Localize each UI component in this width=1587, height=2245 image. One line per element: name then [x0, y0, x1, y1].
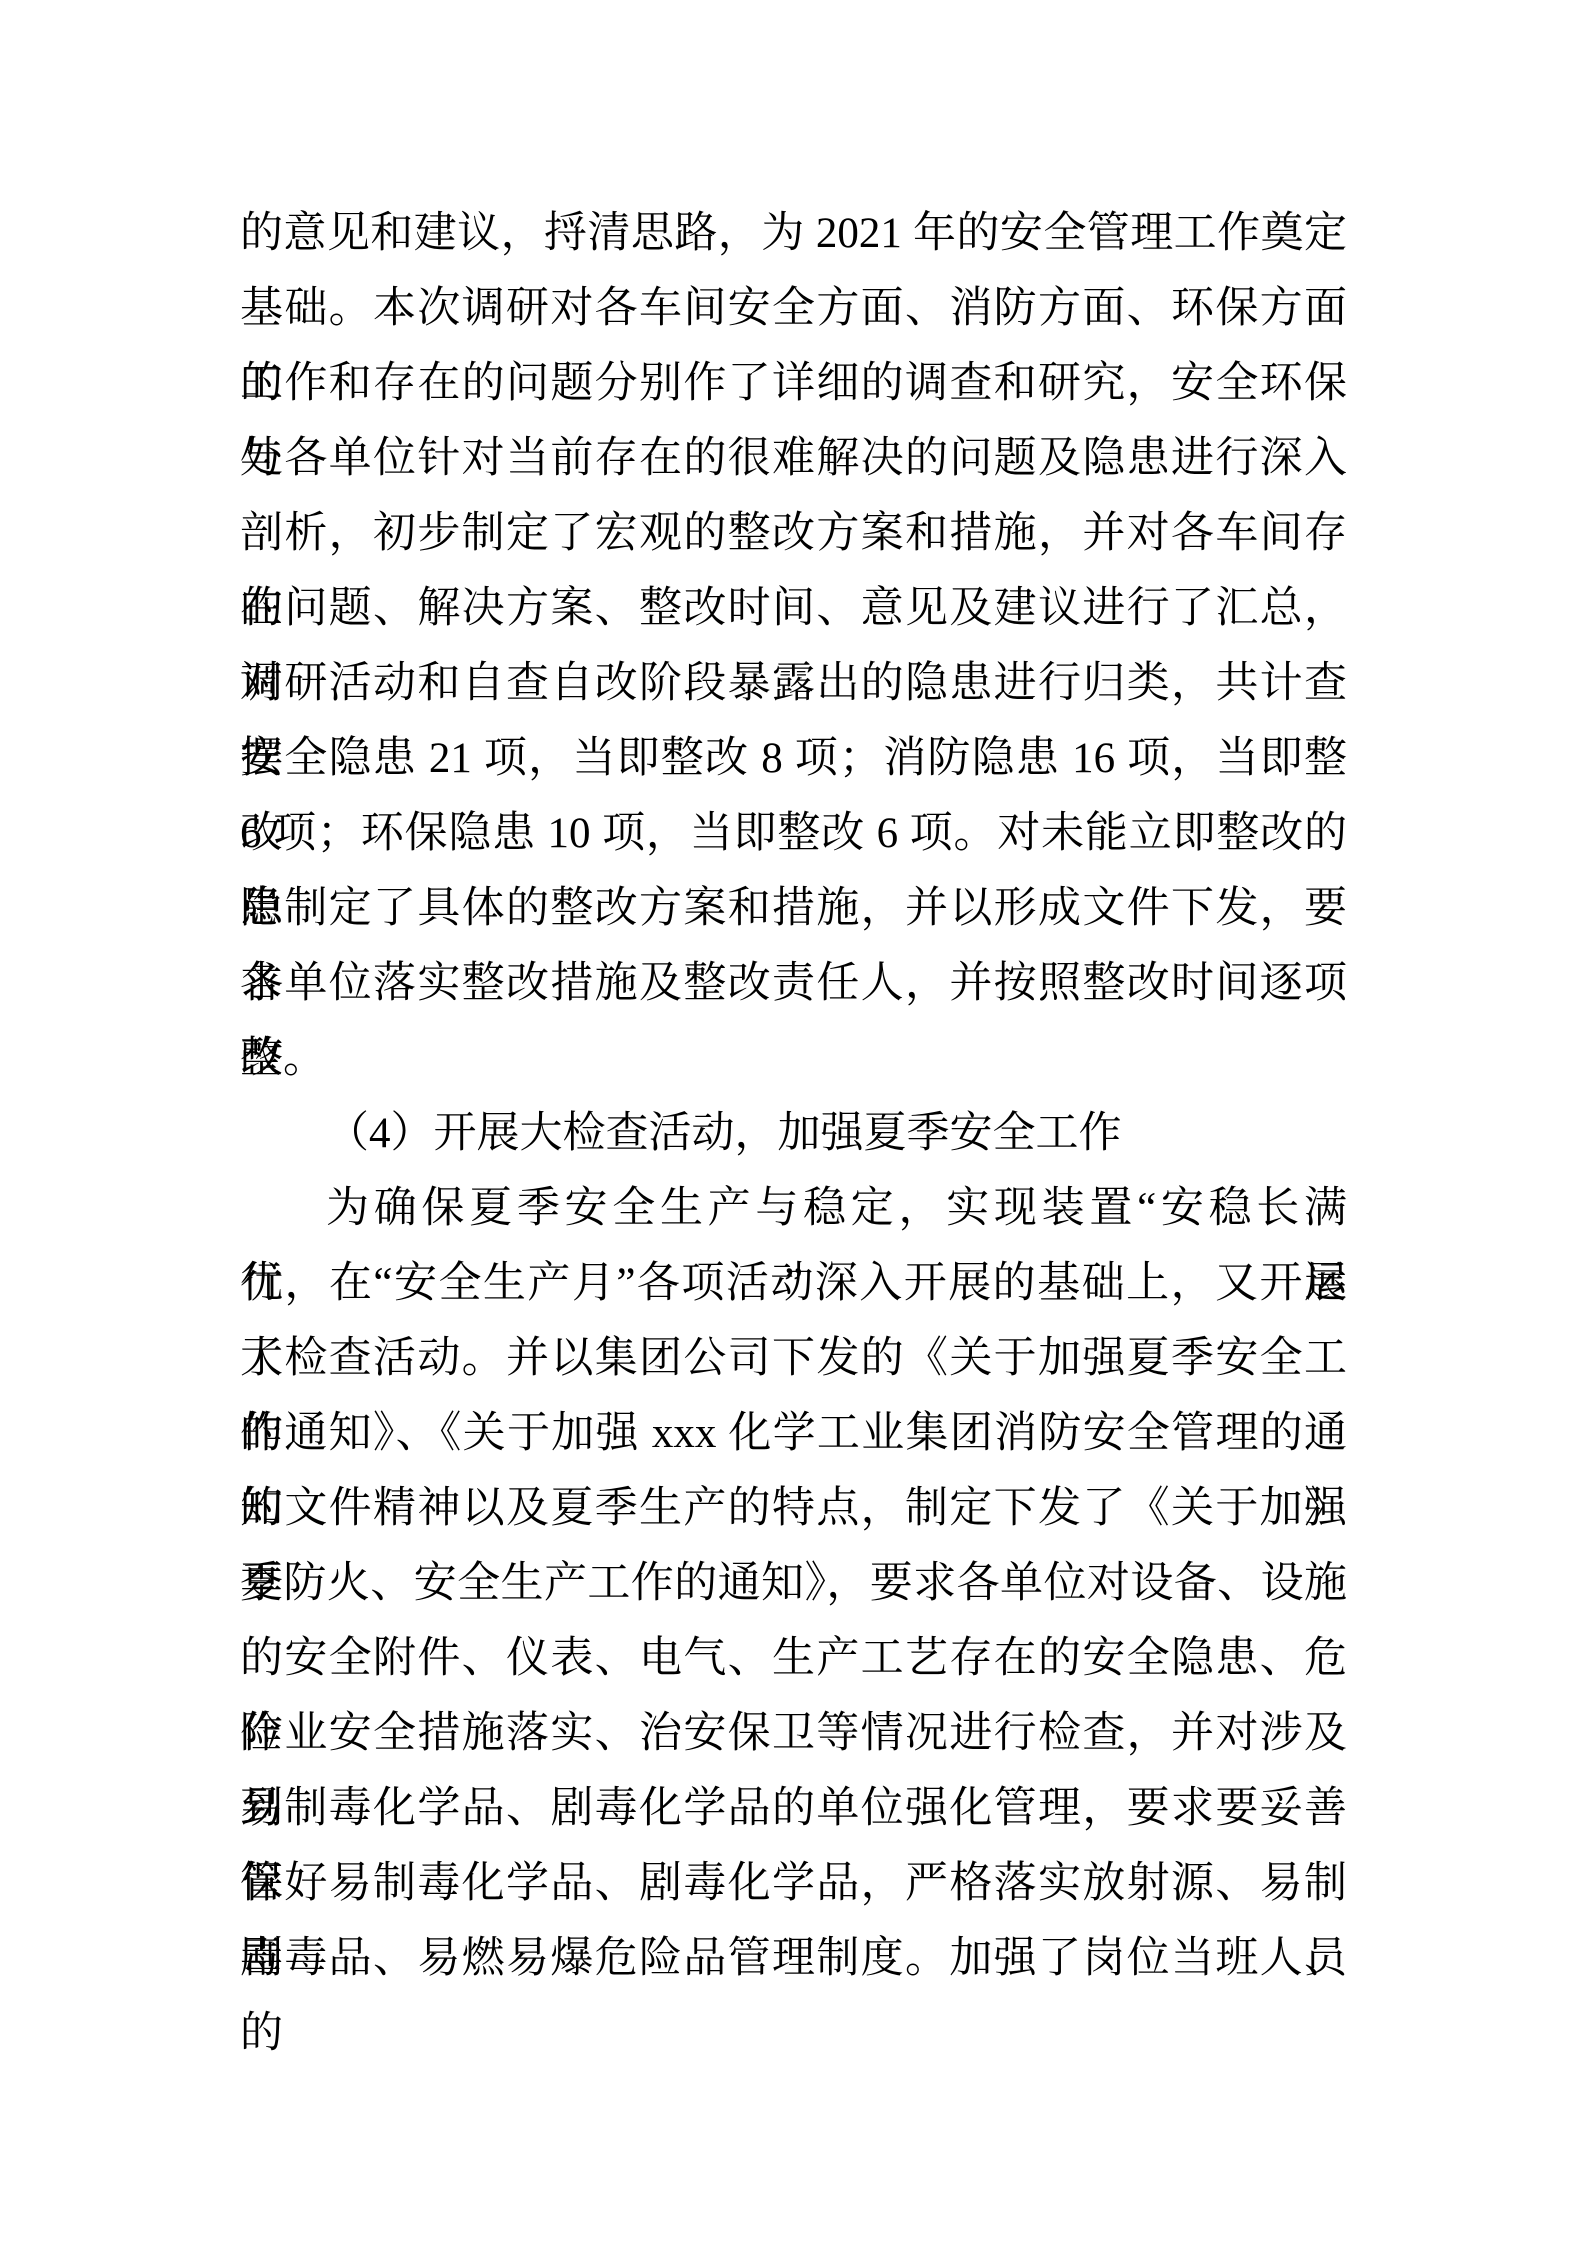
text-line: 大检查活动。并以集团公司下发的《关于加强夏季安全工作 [240, 1321, 1347, 1396]
text-line: 的安全附件、仪表、电气、生产工艺存在的安全隐患、危险 [240, 1621, 1347, 1696]
text-line: 的文件精神以及夏季生产的特点，制定下发了《关于加强夏 [240, 1471, 1347, 1546]
text-line: 各单位落实整改措施及整改责任人，并按照整改时间逐项整 [240, 946, 1347, 1021]
text-line: 剖析，初步制定了宏观的整改方案和措施，并对各车间存在 [240, 496, 1347, 571]
text-line: 工作和存在的问题分别作了详细的调查和研究，安全环保处 [240, 346, 1347, 421]
text-line: 作业安全措施落实、治安保卫等情况进行检查，并对涉及到 [240, 1696, 1347, 1771]
text-line: 行，在“安全生产月”各项活动深入开展的基础上，又开展了 [240, 1246, 1347, 1321]
text-line: 的通知》、《关于加强 xxx 化学工业集团消防安全管理的通知》 [240, 1396, 1347, 1471]
text-line: 6 项；环保隐患 10 项，当即整改 6 项。对未能立即整改的隐 [240, 796, 1347, 871]
text-line: 与各单位针对当前存在的很难解决的问题及隐患进行深入 [240, 421, 1347, 496]
text-line: 安全隐患 21 项，当即整改 8 项；消防隐患 16 项，当即整改 [240, 721, 1347, 796]
text-line: 为确保夏季安全生产与稳定，实现装置“安稳长满优”运 [240, 1171, 1347, 1246]
text-line: 易制毒化学品、剧毒化学品的单位强化管理，要求要妥善保 [240, 1771, 1347, 1846]
text-line: 管好易制毒化学品、剧毒化学品，严格落实放射源、易制毒、 [240, 1846, 1347, 1921]
text-line: 调研活动和自查自改阶段暴露出的隐患进行归类，共计查摆 [240, 646, 1347, 721]
text-line: 基础。本次调研对各车间安全方面、消防方面、环保方面的 [240, 271, 1347, 346]
text-line: 剧毒品、易燃易爆危险品管理制度。加强了岗位当班人员的 [240, 1921, 1347, 1996]
text-line: 患制定了具体的整改方案和措施，并以形成文件下发，要求 [240, 871, 1347, 946]
document-page: 的意见和建议，捋清思路，为 2021 年的安全管理工作奠定基础。本次调研对各车间… [0, 0, 1587, 2245]
text-line: 季防火、安全生产工作的通知》，要求各单位对设备、设施 [240, 1546, 1347, 1621]
text-line: 的问题、解决方案、整改时间、意见及建议进行了汇总，对 [240, 571, 1347, 646]
text-block: 的意见和建议，捋清思路，为 2021 年的安全管理工作奠定基础。本次调研对各车间… [240, 196, 1347, 1996]
text-line: 改。 [240, 1021, 1347, 1096]
text-line: 的意见和建议，捋清思路，为 2021 年的安全管理工作奠定 [240, 196, 1347, 271]
heading-line: （4）开展大检查活动，加强夏季安全工作 [240, 1096, 1347, 1171]
